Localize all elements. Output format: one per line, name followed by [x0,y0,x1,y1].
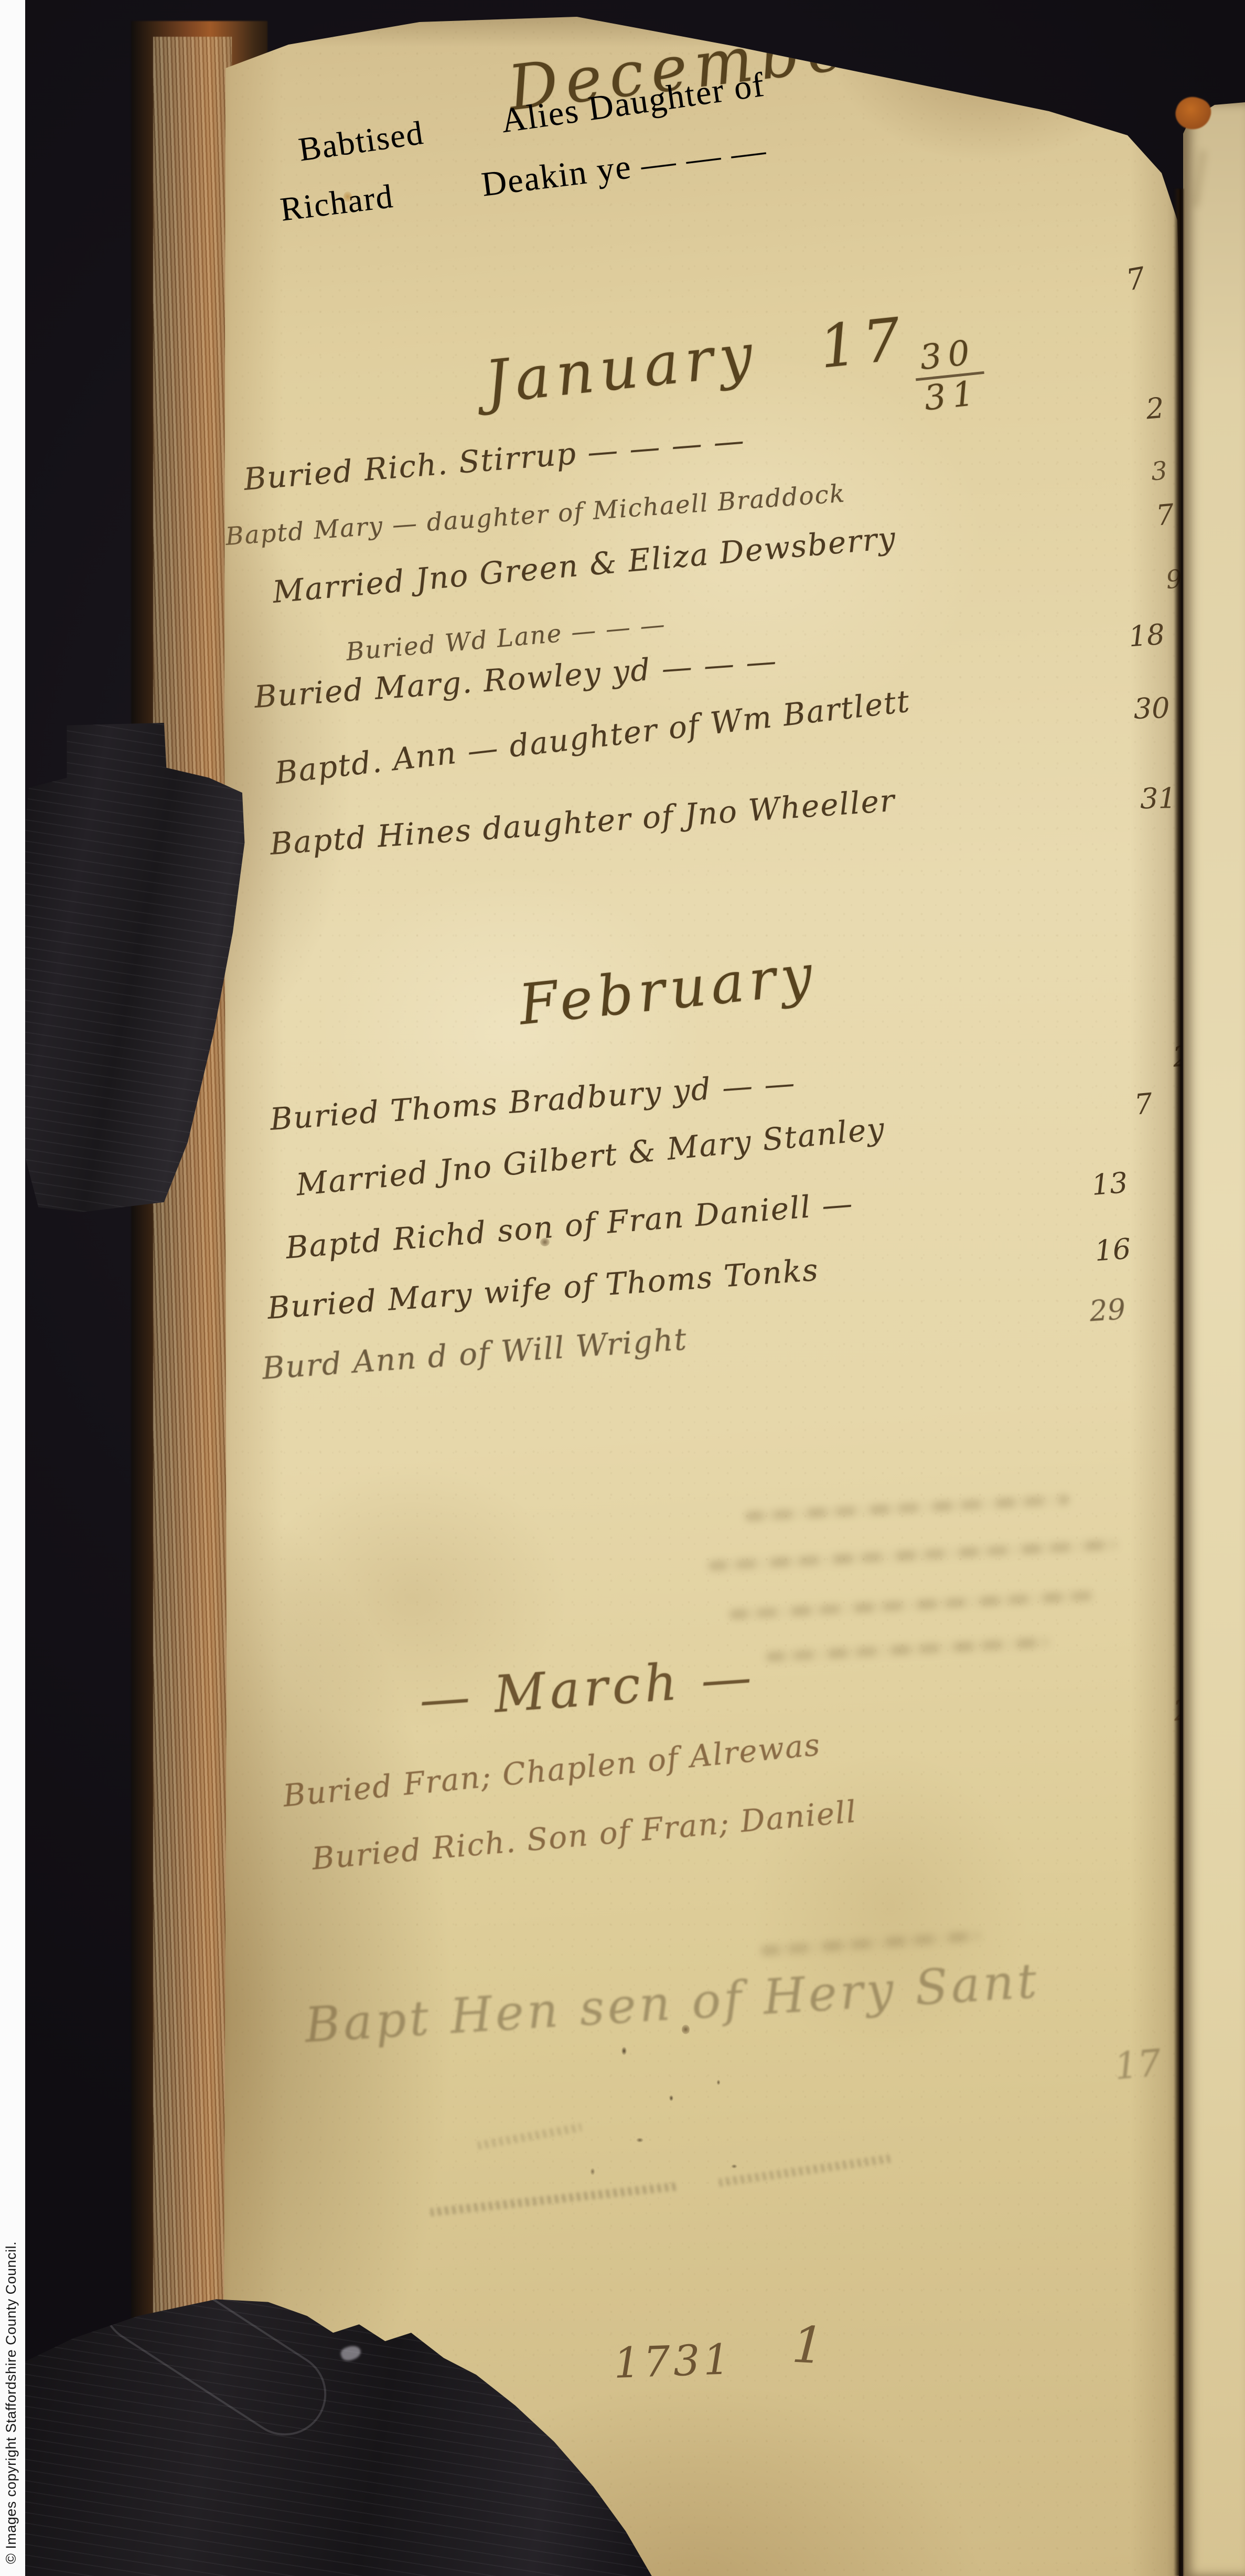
entry-text: Baptd Richd son of Fran Daniell — [284,1185,854,1266]
show-through-marks [766,1637,1049,1662]
manuscript-page: December Babtised Alies Daughter of Rich… [194,0,1188,2576]
entry-text: Burd Ann d of Will Wright [261,1321,689,1386]
next-page-edge [1183,102,1245,2576]
entry-day: 2 [1145,391,1165,426]
entry-text: Buried Mary wife of Thoms Tonks [266,1252,820,1326]
entry-text: Babtised [296,113,426,169]
entry-text: Buried Fran; Chaplen of Alrewas [282,1726,822,1813]
entry-day: 18 [1128,618,1166,654]
entry-day: 3 [1150,456,1168,487]
entry-text: Buried Rich. Son of Fran; Daniell [310,1793,858,1877]
entry-day: 13 [1090,1166,1129,1202]
entry-day: 7 [1155,498,1176,532]
stain [540,1238,550,1246]
show-through-marks [745,1494,1070,1522]
entry-day: 17 [1113,2041,1163,2088]
entry-day: 30 [1133,691,1170,725]
heading-march: — March — [417,1647,757,1729]
copyright-notice: © Images copyright Staffordshire County … [3,1830,19,2564]
entry-day: 7 [1124,261,1148,297]
month-title: January [482,320,762,417]
entry-day: 29 [1088,1292,1126,1328]
show-through-marks [760,1930,981,1956]
entry-text: Buried Marg. Rowley yd — — — [253,643,779,715]
year-prefix: 17 [816,305,910,382]
heading-february: February [516,942,821,1038]
show-through-marks [729,1590,1096,1620]
page-gutter [1174,189,1184,2576]
register-entry: Baptd Hines daughter of Jno Wheeller 31 [269,763,1177,862]
entry-text: Baptd Hines daughter of Jno Wheeller [269,783,897,862]
show-through-marks [1192,149,1207,208]
manuscript-photo: December Babtised Alies Daughter of Rich… [0,0,1245,2576]
entry-text: Deakin ye — — — [479,131,769,205]
show-through-marks [708,1540,1117,1572]
stain [344,191,352,202]
photo-margin-strip: © Images copyright Staffordshire County … [0,0,25,2576]
year-note: 1731 [613,2335,734,2388]
stain [682,2025,690,2034]
entry-day: 7 [1133,1087,1154,1121]
entry-day: 16 [1093,1232,1132,1268]
page-number: 1 [790,2315,825,2375]
page-edges [153,37,232,2554]
entry-day: 31 [1140,782,1177,815]
entry-text: Richard [278,177,395,229]
strap-paint-chip [339,2343,363,2363]
